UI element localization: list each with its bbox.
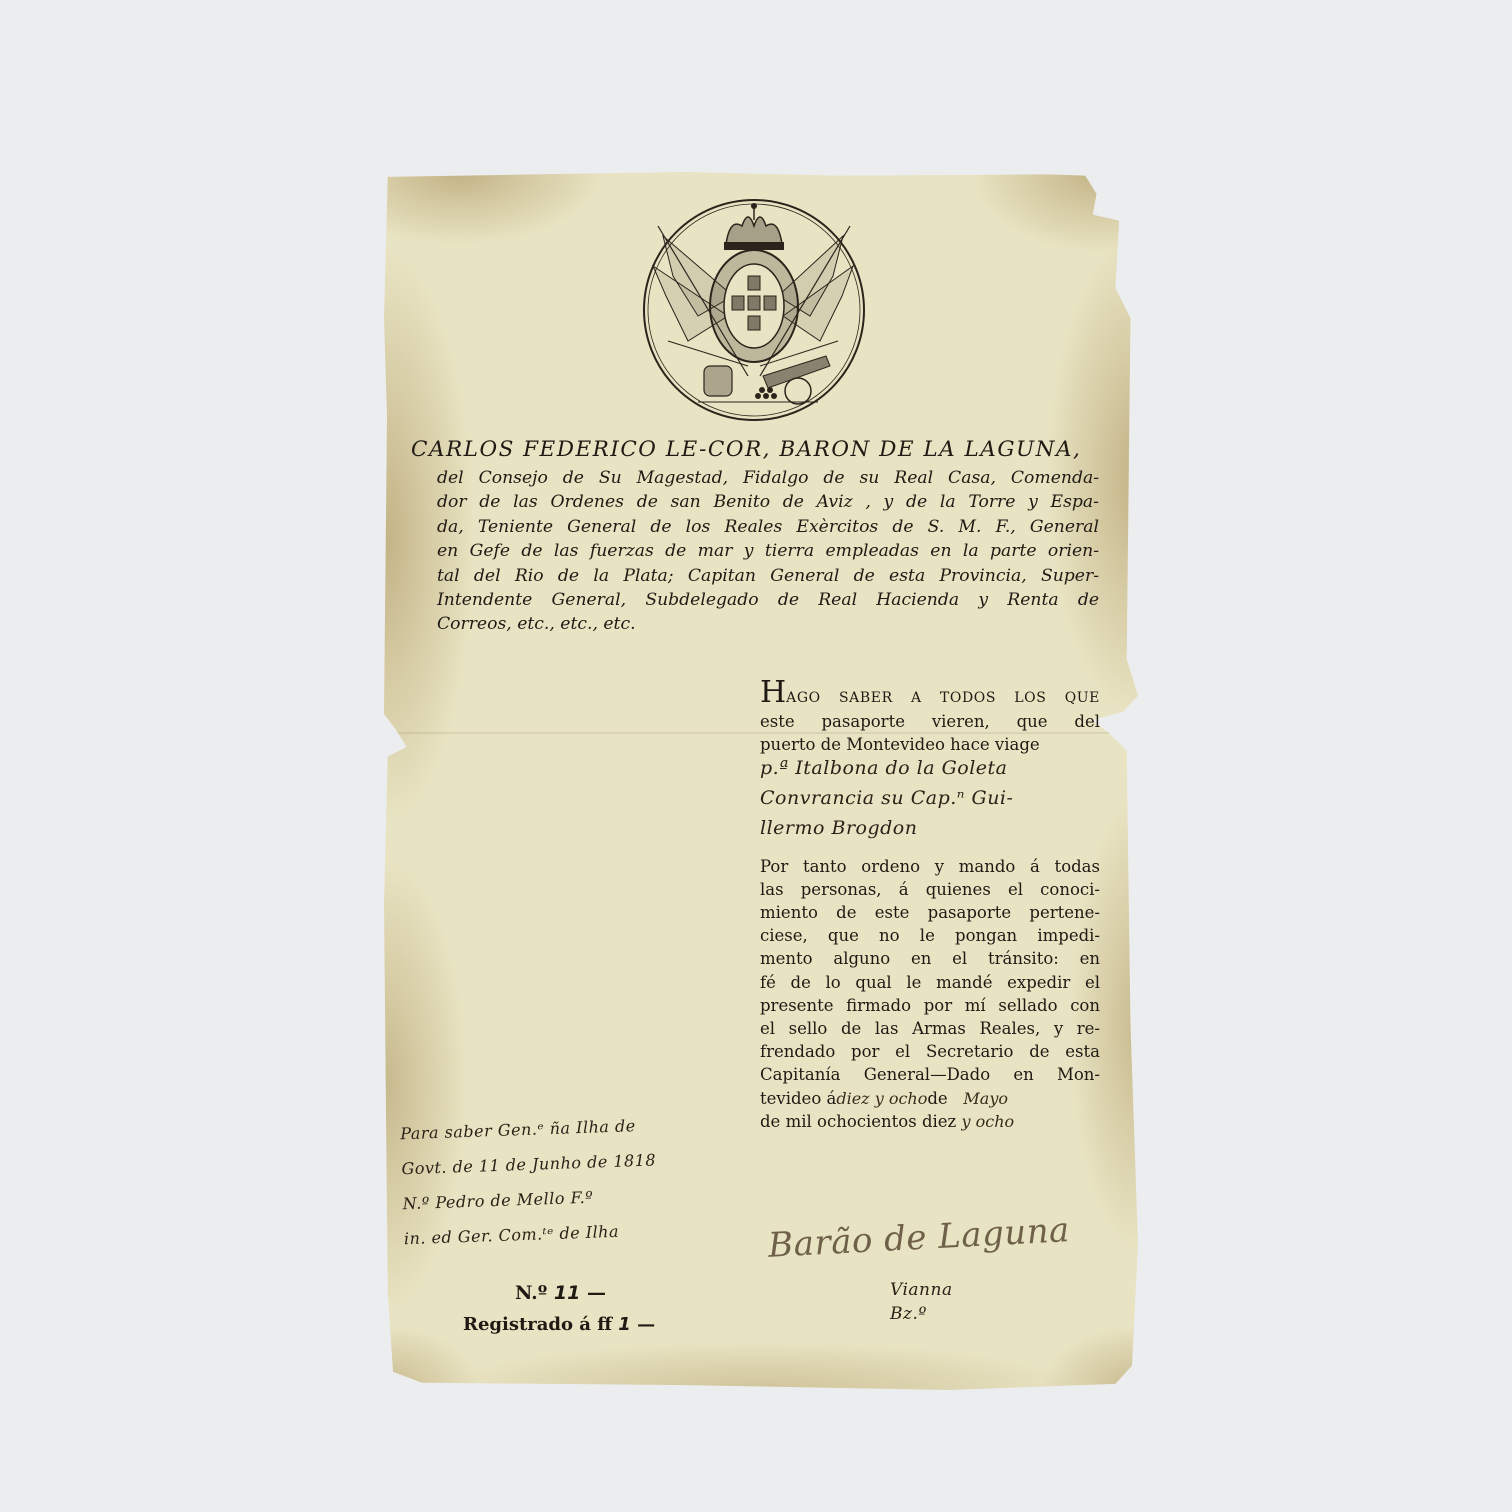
order-line: Capitanía General—Dado en Mon- (760, 1063, 1100, 1086)
year-printed: de mil ochocientos diez (760, 1112, 956, 1131)
title-line: en Gefe de las fuerzas de mar y tierra e… (437, 539, 1099, 563)
title-line: Intendente General, Subdelegado de Real … (437, 588, 1099, 612)
number-label: N.º (515, 1282, 547, 1304)
issuer-titles: del Consejo de Su Magestad, Fidalgo de s… (437, 466, 1099, 637)
order-paragraph: Por tanto ordeno y mando á todas las per… (760, 855, 1100, 1133)
passport-body: HAGO SABER A TODOS LOS QUE este pasaport… (760, 683, 1100, 1133)
coat-of-arms-icon (638, 196, 870, 424)
handwritten-destination: p.ª Italbona do la Goleta (760, 757, 1100, 787)
date-month-handwritten: Mayo (963, 1089, 1008, 1108)
order-line: fé de lo qual le mandé expedir el (760, 971, 1100, 994)
title-line: tal del Rio de la Plata; Capitan General… (437, 564, 1099, 588)
order-line: presente firmado por mí sellado con (760, 994, 1100, 1017)
handwritten-captain: llermo Brogdon (760, 817, 1100, 847)
registered-label: Registrado á ff (463, 1314, 612, 1335)
order-line: el sello de las Armas Reales, y re- (760, 1017, 1100, 1040)
handwritten-vessel: Convrancia su Cap.ⁿ Gui- (760, 787, 1100, 817)
countersign-note: Bz.º (890, 1302, 953, 1326)
title-line: Correos, etc., etc., etc. (437, 612, 1099, 636)
opening-line: este pasaporte vieren, que del (760, 710, 1100, 733)
countersignature: Vianna Bz.º (890, 1278, 953, 1326)
order-line: frendado por el Secretario de esta (760, 1040, 1100, 1063)
countersign-name: Vianna (890, 1278, 953, 1302)
registry-entry: Registrado á ff 1 — (463, 1314, 655, 1335)
registry-number: N.º 11 — (515, 1282, 606, 1304)
opening-line: HAGO SABER A TODOS LOS QUE (760, 683, 1100, 710)
year-line: de mil ochocientos diez y ocho (760, 1110, 1100, 1133)
date-line: tevideo ádiez y ochode Mayo (760, 1087, 1100, 1110)
date-de: de (927, 1089, 947, 1108)
title-line: del Consejo de Su Magestad, Fidalgo de s… (437, 466, 1099, 490)
opening-caps: AGO SABER A TODOS LOS QUE (786, 690, 1100, 706)
issuer-name: CARLOS FEDERICO LE-COR, BARON DE LA LAGU… (411, 437, 1111, 462)
drop-cap: H (760, 675, 786, 710)
number-value: 11 (554, 1282, 580, 1304)
registered-value: 1 (618, 1314, 631, 1335)
date-day-handwritten: diez y ocho (836, 1089, 927, 1108)
title-line: dor de las Ordenes de san Benito de Aviz… (437, 490, 1099, 514)
order-line: las personas, á quienes el conoci- (760, 878, 1100, 901)
order-line: miento de este pasaporte pertene- (760, 901, 1100, 924)
year-handwritten: y ocho (962, 1112, 1015, 1131)
order-line: ciese, que no le pongan impedi- (760, 924, 1100, 947)
date-prefix: tevideo á (760, 1089, 836, 1108)
order-line: mento alguno en el tránsito: en (760, 947, 1100, 970)
order-line: Por tanto ordeno y mando á todas (760, 855, 1100, 878)
opening-line: puerto de Montevideo hace viage (760, 733, 1100, 756)
margin-annotation: Para saber Gen.ᵉ ña Ilha de Govt. de 11 … (400, 1104, 765, 1256)
title-line: da, Teniente General de los Reales Exèrc… (437, 515, 1099, 539)
